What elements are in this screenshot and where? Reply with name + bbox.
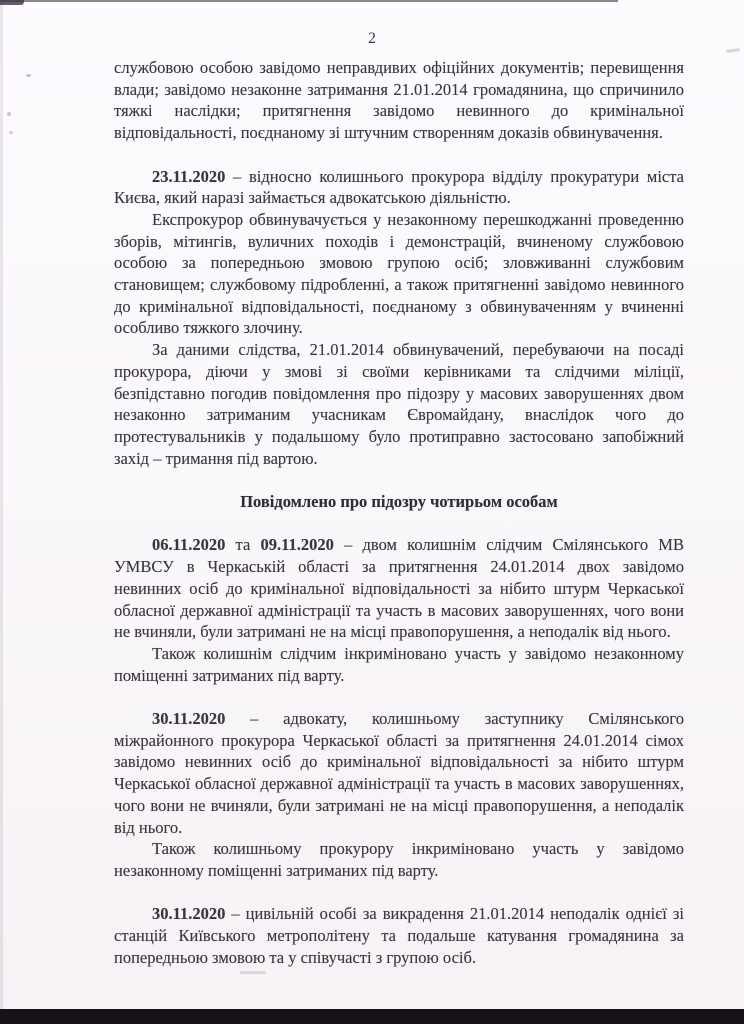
date-bold: 30.11.2020: [152, 709, 225, 728]
page-number: 2: [0, 30, 744, 48]
paragraph: 30.11.2020 – цивільній особі за викраден…: [114, 903, 684, 968]
paragraph-text: За даними слідства, 21.01.2014 обвинувач…: [114, 340, 684, 468]
date-bold: 23.11.2020: [152, 167, 225, 186]
date-bold: 06.11.2020: [152, 535, 225, 554]
scan-speck: [7, 112, 11, 116]
date-bold: Повідомлено про підозру чотирьом особам: [240, 492, 558, 511]
paragraph: 23.11.2020 – відносно колишнього прокуро…: [114, 166, 684, 209]
scan-speck: [9, 131, 13, 134]
paragraph: Експрокурор обвинувачується у незаконном…: [114, 209, 684, 339]
paragraph: Також колишньому прокурору інкриміновано…: [114, 838, 684, 881]
paragraph: Також колишнім слідчим інкриміновано уча…: [114, 643, 684, 686]
paragraph-text: Також колишньому прокурору інкриміновано…: [114, 839, 684, 880]
scan-speck: [726, 48, 740, 53]
paragraph-text: службовою особою завідомо неправдивих оф…: [114, 58, 684, 142]
date-bold: 30.11.2020: [152, 904, 225, 923]
document-page: 2 службовою особою завідомо неправдивих …: [0, 0, 744, 1024]
paragraph-text: Також колишнім слідчим інкриміновано уча…: [114, 644, 684, 685]
paragraph-text: та: [225, 535, 260, 554]
paragraph: 06.11.2020 та 09.11.2020 – двом колишнім…: [114, 534, 684, 643]
paragraph: За даними слідства, 21.01.2014 обвинувач…: [114, 339, 684, 469]
scan-artifact-top-line: [0, 0, 618, 2]
paragraph-text: – адвокату, колишньому заступнику Смілян…: [114, 709, 684, 837]
document-body: службовою особою завідомо неправдивих оф…: [114, 57, 684, 968]
scan-speck: [26, 74, 31, 77]
scan-artifact-left-edge: [0, 2, 3, 1010]
date-bold: 09.11.2020: [261, 535, 334, 554]
scan-artifact-top-left-smudge: [0, 0, 24, 5]
section-heading: Повідомлено про підозру чотирьом особам: [114, 491, 684, 513]
scan-speck: [240, 971, 266, 974]
paragraph-text: Експрокурор обвинувачується у незаконном…: [114, 210, 684, 338]
scan-artifact-bottom-strip: [0, 1009, 744, 1024]
paragraph: 30.11.2020 – адвокату, колишньому заступ…: [114, 708, 684, 838]
paragraph: службовою особою завідомо неправдивих оф…: [114, 57, 684, 144]
